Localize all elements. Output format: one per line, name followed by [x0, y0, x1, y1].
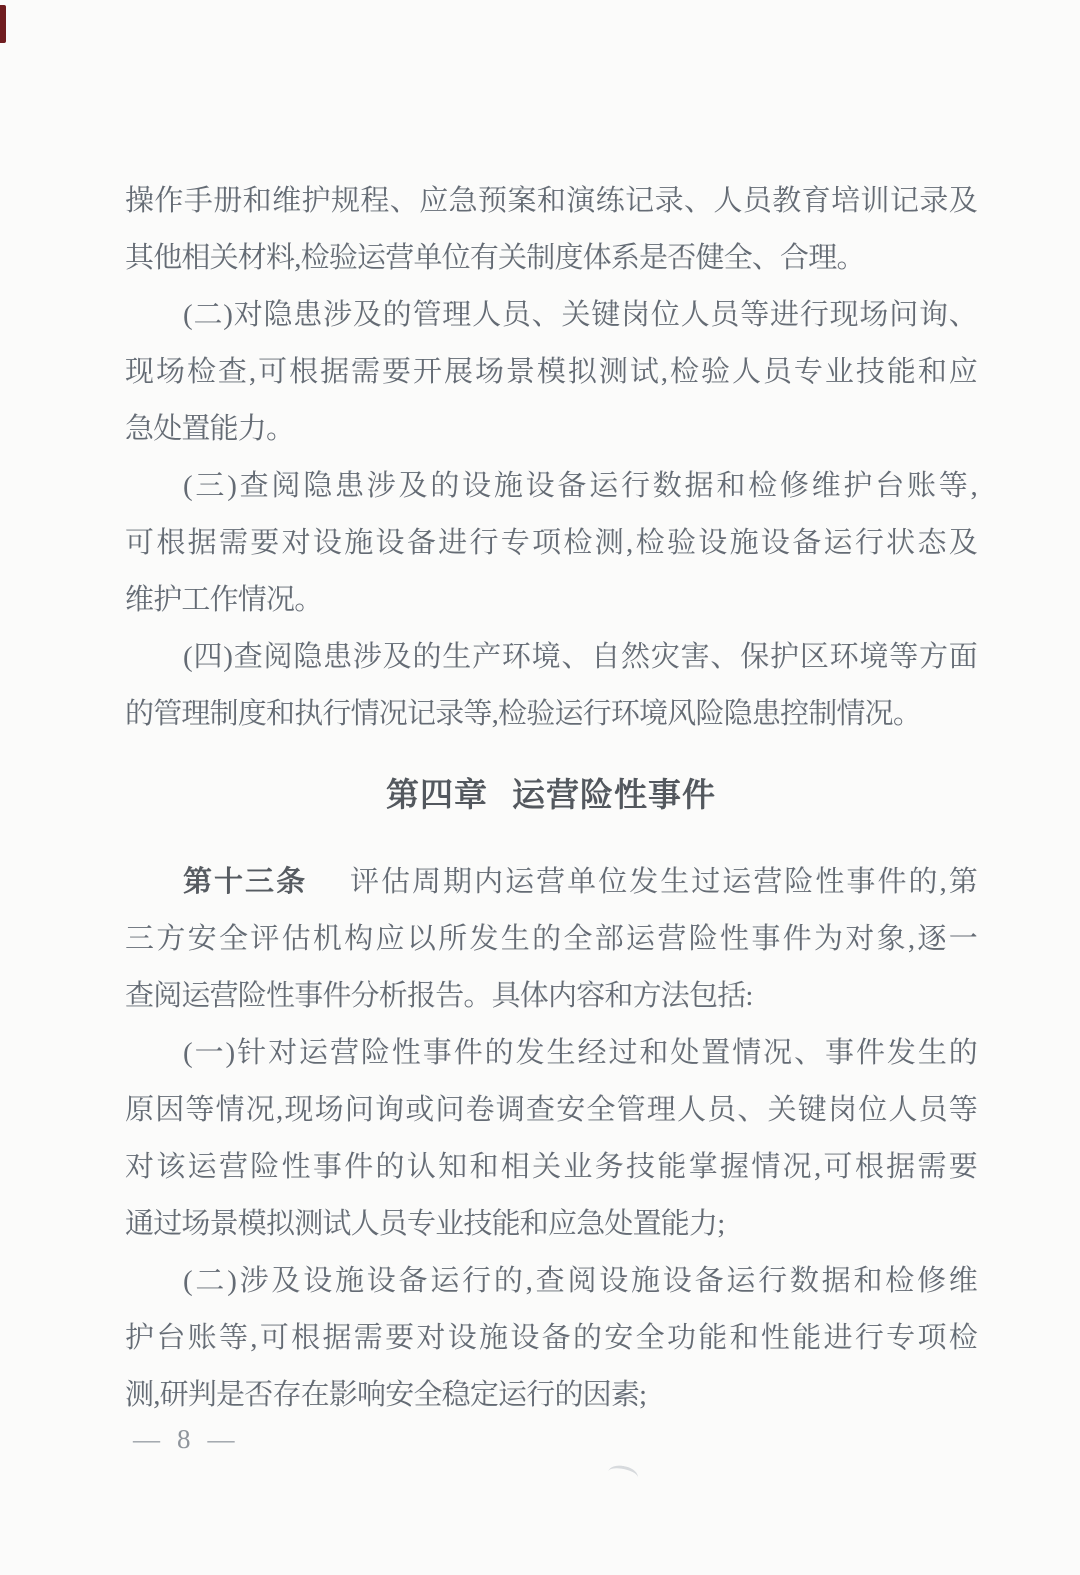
body-line: 维护工作情况。 — [125, 572, 977, 629]
scan-edge-mark — [0, 5, 6, 43]
body-line: 急处置能力。 — [125, 401, 977, 458]
body-line: 其他相关材料,检验运营单位有关制度体系是否健全、合理。 — [125, 230, 977, 287]
document-page: 操作手册和维护规程、应急预案和演练记录、人员教育培训记录及其他相关材料,检验运营… — [0, 0, 1080, 1575]
text-block: 操作手册和维护规程、应急预案和演练记录、人员教育培训记录及其他相关材料,检验运营… — [125, 173, 977, 1424]
body-line: (三)查阅隐患涉及的设施设备运行数据和检修维护台账等, — [125, 458, 977, 515]
body-line: (二)涉及设施设备运行的,查阅设施设备运行数据和检修维 — [125, 1253, 977, 1310]
body-line: 通过场景模拟测试人员专业技能和应急处置能力; — [125, 1196, 977, 1253]
chapter-number: 第四章 — [386, 778, 488, 814]
body-line: 原因等情况,现场问询或问卷调查安全管理人员、关键岗位人员等 — [125, 1082, 977, 1139]
scan-smudge — [607, 1463, 640, 1486]
body-line: 的管理制度和执行情况记录等,检验运行环境风险隐患控制情况。 — [125, 686, 977, 743]
page-number-dash-left: — — [133, 1424, 160, 1454]
body-line: 查阅运营险性事件分析报告。具体内容和方法包括: — [125, 968, 977, 1025]
body-line: 对该运营险性事件的认知和相关业务技能掌握情况,可根据需要 — [125, 1139, 977, 1196]
body-line: 三方安全评估机构应以所发生的全部运营险性事件为对象,逐一 — [125, 911, 977, 968]
body-line: 第十三条评估周期内运营单位发生过运营险性事件的,第 — [125, 854, 977, 911]
article-number: 第十三条 — [183, 866, 307, 898]
page-number-value: 8 — [177, 1424, 191, 1454]
body-line: (四)查阅隐患涉及的生产环境、自然灾害、保护区环境等方面 — [125, 629, 977, 686]
body-line: (一)针对运营险性事件的发生经过和处置情况、事件发生的 — [125, 1025, 977, 1082]
body-line: 护台账等,可根据需要对设施设备的安全功能和性能进行专项检 — [125, 1310, 977, 1367]
body-line: 可根据需要对设施设备进行专项检测,检验设施设备运行状态及 — [125, 515, 977, 572]
chapter-title: 运营险性事件 — [512, 778, 716, 814]
line-text: 评估周期内运营单位发生过运营险性事件的,第 — [347, 866, 977, 898]
body-line: 操作手册和维护规程、应急预案和演练记录、人员教育培训记录及 — [125, 173, 977, 230]
page-number: — 8 — — [133, 1424, 235, 1454]
page-number-dash-right: — — [208, 1424, 235, 1454]
body-line: 测,研判是否存在影响安全稳定运行的因素; — [125, 1367, 977, 1424]
body-line: (二)对隐患涉及的管理人员、关键岗位人员等进行现场问询、 — [125, 287, 977, 344]
chapter-heading: 第四章运营险性事件 — [125, 768, 977, 825]
body-line: 现场检查,可根据需要开展场景模拟测试,检验人员专业技能和应 — [125, 344, 977, 401]
